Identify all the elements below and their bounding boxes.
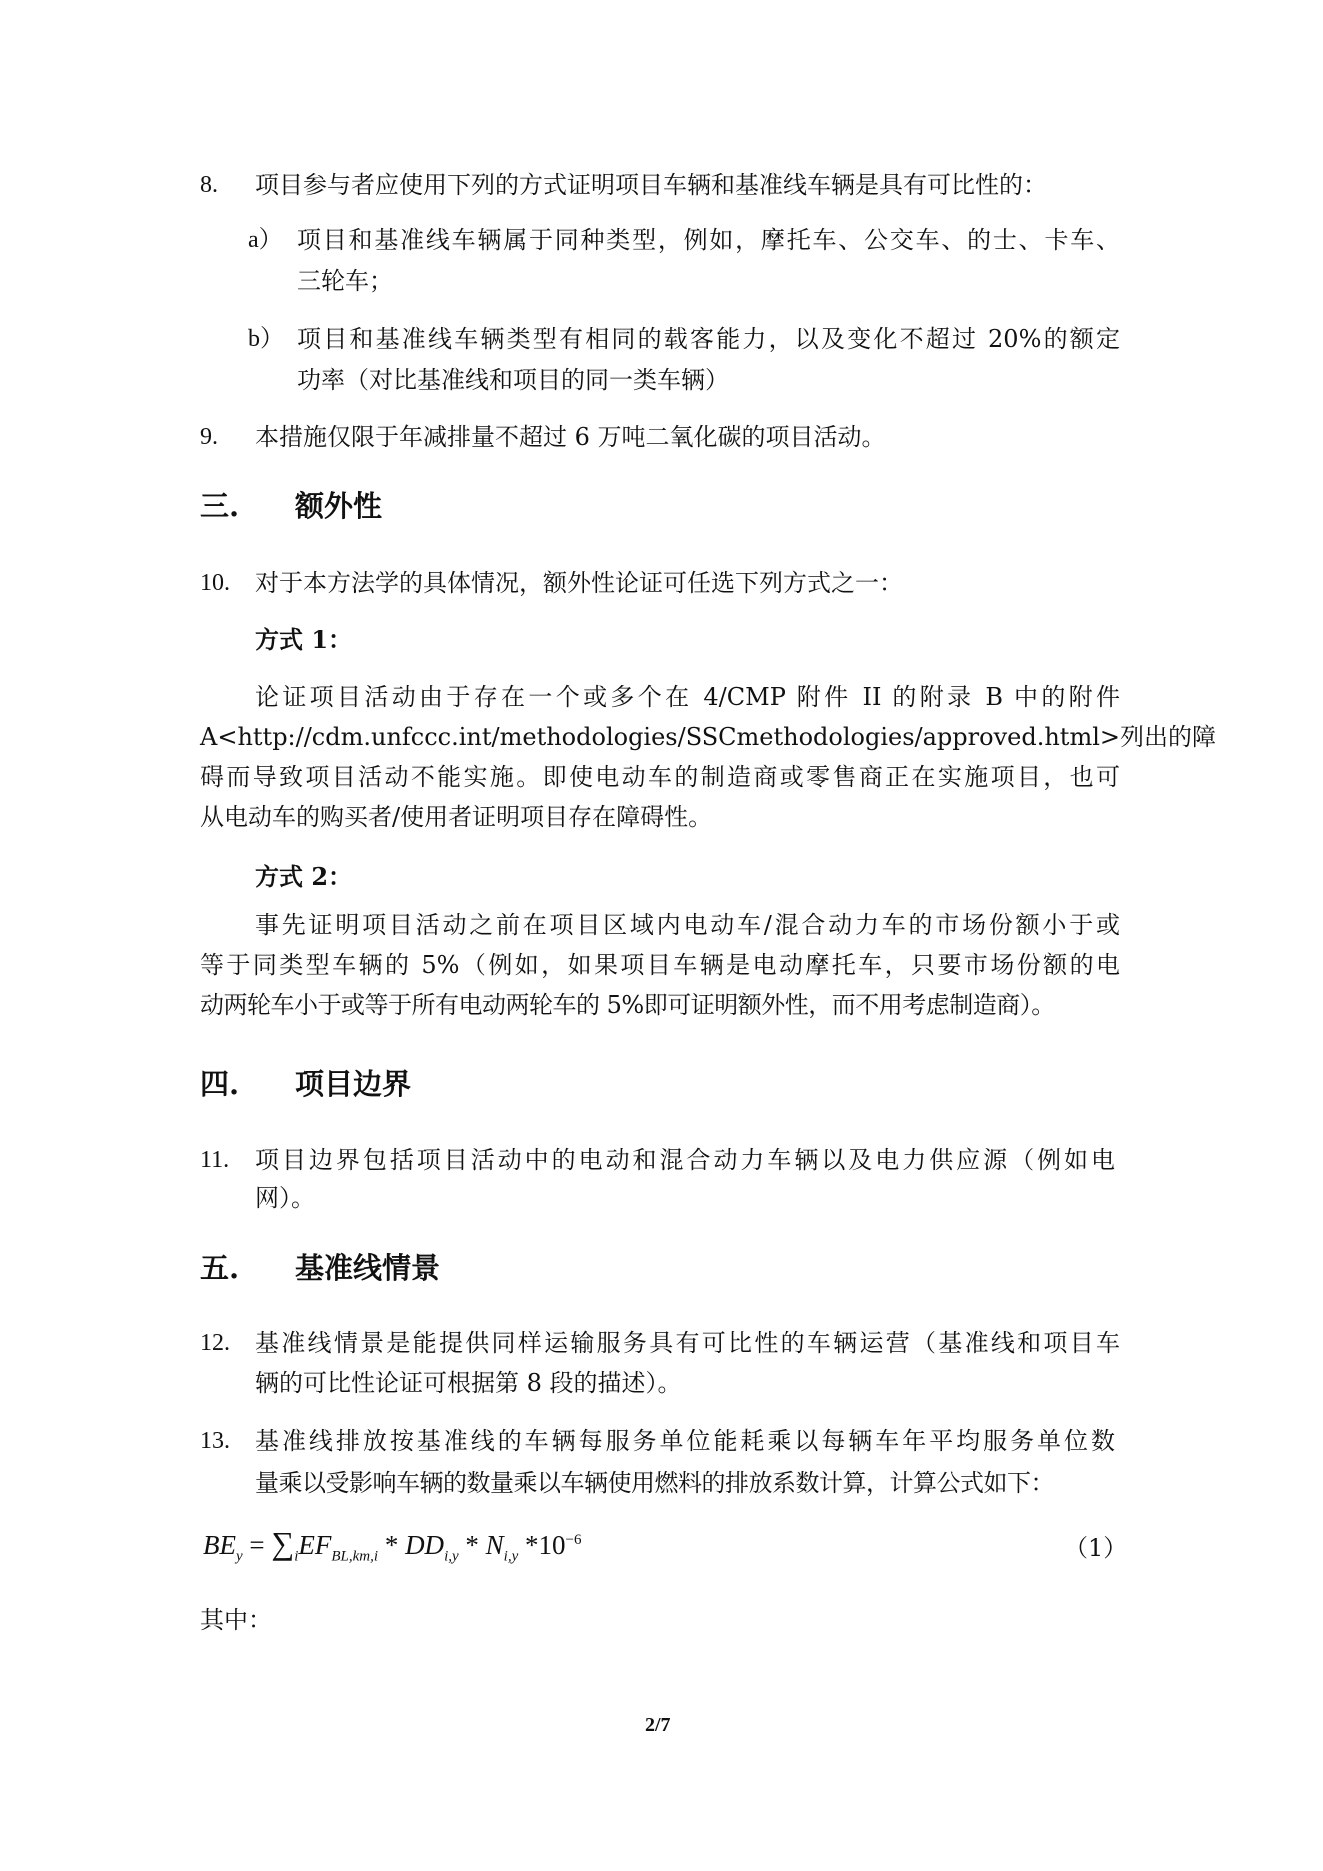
- item-letter: a）: [248, 225, 283, 255]
- equation-1: BEy = ∑iEFBL,km,i * DDi,y * Ni,y *10−6: [203, 1525, 581, 1565]
- section-number: 五.: [200, 1250, 239, 1286]
- where-label: 其中：: [200, 1605, 272, 1635]
- paragraph-8b-line2: 功率（对比基准线和项目的同一类车辆）: [297, 365, 729, 395]
- paragraph-13-line1: 基准线排放按基准线的车辆每服务单位能耗乘以每辆车年平均服务单位数: [255, 1426, 1115, 1456]
- section-number: 三.: [200, 488, 239, 524]
- paragraph-8: 项目参与者应使用下列的方式证明项目车辆和基准线车辆是具有可比性的：: [255, 170, 1120, 200]
- equation-number: （1）: [1064, 1528, 1127, 1563]
- paragraph-12-line1: 基准线情景是能提供同样运输服务具有可比性的车辆运营（基准线和项目车: [255, 1328, 1120, 1358]
- paragraph-8a-line1: 项目和基准线车辆属于同种类型，例如，摩托车、公交车、的士、卡车、: [297, 225, 1120, 255]
- page-number: 2/7: [645, 1714, 671, 1737]
- section-title: 基准线情景: [295, 1250, 440, 1286]
- section-number: 四.: [200, 1066, 239, 1102]
- section-title: 额外性: [295, 488, 382, 524]
- way-1-line: 论证项目活动由于存在一个或多个在 4/CMP 附件 II 的附录 B 中的附件: [255, 682, 1120, 712]
- way-2-line: 动两轮车小于或等于所有电动两轮车的 5%即可证明额外性，而不用考虑制造商）。: [200, 990, 1135, 1020]
- item-number: 9.: [200, 422, 218, 452]
- item-number: 8.: [200, 170, 218, 200]
- section-title: 项目边界: [295, 1066, 411, 1102]
- item-number: 13.: [200, 1426, 230, 1456]
- way-1-line: 从电动车的购买者/使用者证明项目存在障碍性。: [200, 802, 712, 832]
- paragraph-10: 对于本方法学的具体情况，额外性论证可任选下列方式之一：: [255, 568, 903, 598]
- way-1-line: 碍而导致项目活动不能实施。即使电动车的制造商或零售商正在实施项目，也可: [200, 762, 1120, 792]
- way-1-label: 方式 1：: [255, 625, 352, 655]
- item-number: 10.: [200, 568, 230, 598]
- paragraph-9: 本措施仅限于年减排量不超过 6 万吨二氧化碳的项目活动。: [255, 422, 886, 452]
- paragraph-8b-line1: 项目和基准线车辆类型有相同的载客能力，以及变化不超过 20%的额定: [297, 324, 1120, 354]
- paragraph-12-line2: 辆的可比性论证可根据第 8 段的描述）。: [255, 1368, 682, 1398]
- way-2-line: 等于同类型车辆的 5%（例如，如果项目车辆是电动摩托车，只要市场份额的电: [200, 950, 1120, 980]
- paragraph-11-line1: 项目边界包括项目活动中的电动和混合动力车辆以及电力供应源（例如电: [255, 1145, 1115, 1175]
- way-2-label: 方式 2：: [255, 862, 352, 892]
- item-letter: b）: [248, 324, 284, 354]
- item-number: 12.: [200, 1328, 230, 1358]
- paragraph-11-line2: 网）。: [255, 1183, 315, 1213]
- paragraph-13-line2: 量乘以受影响车辆的数量乘以车辆使用燃料的排放系数计算，计算公式如下：: [255, 1468, 1125, 1498]
- paragraph-8a-line2: 三轮车；: [297, 266, 393, 296]
- way-2-line: 事先证明项目活动之前在项目区域内电动车/混合动力车的市场份额小于或: [255, 910, 1120, 940]
- item-number: 11.: [200, 1145, 229, 1175]
- way-1-line: A<http://cdm.unfccc.int/methodologies/SS…: [200, 722, 1120, 752]
